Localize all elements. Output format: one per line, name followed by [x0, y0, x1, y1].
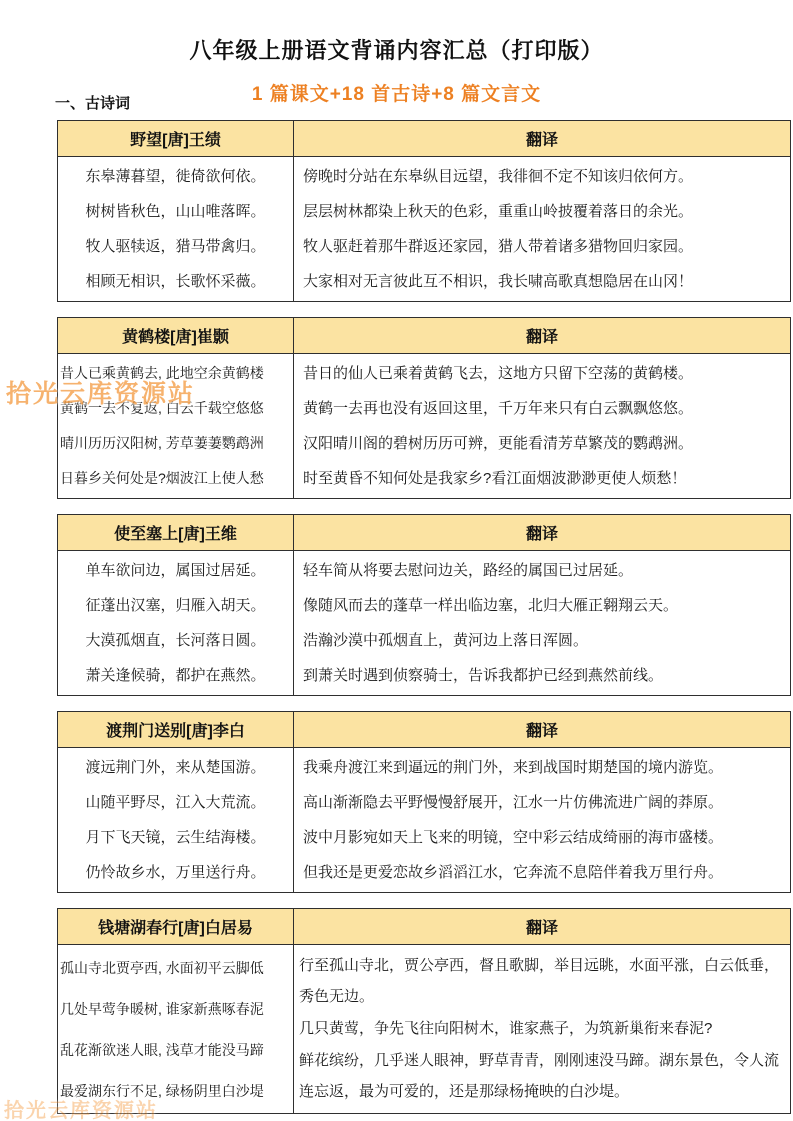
section-heading: 一、古诗词	[55, 92, 130, 113]
poem-line: 几处早莺争暖树, 谁家新燕啄春泥	[58, 989, 293, 1029]
translation-column: 行至孤山寺北，贾公亭西，督且歌脚，举目远眺，水面平涨，白云低垂，秀色无边。 几只…	[294, 945, 790, 1113]
translation-column: 我乘舟渡江来到逼远的荆门外，来到战国时期楚国的境内游览。 高山渐渐隐去平野慢慢舒…	[294, 748, 790, 892]
poem-table-qiantanghu: 钱塘湖春行[唐]白居易 翻译 孤山寺北贾亭西, 水面初平云脚低 几处早莺争暖树,…	[57, 908, 791, 1114]
poem-line: 渡远荆门外，来从楚国游。	[58, 750, 293, 785]
translation-paragraph: 鲜花缤纷，几乎迷人眼神，野草青青，刚刚速没马蹄。湖东景色，令人流连忘返，最为可爱…	[299, 1045, 782, 1107]
translation-line: 黄鹤一去再也没有返回这里，千万年来只有白云飘飘悠悠。	[294, 391, 790, 426]
poem-title-header: 野望[唐]王绩	[58, 121, 294, 156]
translation-line: 但我还是更爱恋故乡滔滔江水，它奔流不息陪伴着我万里行舟。	[294, 855, 790, 890]
poem-line: 单车欲问边，属国过居延。	[58, 553, 293, 588]
translation-header: 翻译	[294, 121, 790, 156]
poem-column: 东皋薄暮望，徙倚欲何依。 树树皆秋色，山山唯落晖。 牧人驱犊返，猎马带禽归。 相…	[58, 157, 294, 301]
poem-line: 征蓬出汉塞，归雁入胡天。	[58, 588, 293, 623]
document-page: 八年级上册语文背诵内容汇总（打印版） 1 篇课文+18 首古诗+8 篇文言文 一…	[0, 0, 793, 1121]
translation-line: 时至黄昏不知何处是我家乡?看江面烟波渺渺更使人烦愁！	[294, 461, 790, 496]
poem-table-yewang: 野望[唐]王绩 翻译 东皋薄暮望，徙倚欲何依。 树树皆秋色，山山唯落晖。 牧人驱…	[57, 120, 791, 302]
poem-title-header: 钱塘湖春行[唐]白居易	[58, 909, 294, 944]
table-body: 昔人已乘黄鹤去, 此地空余黄鹤楼 黄鹤一去不复返, 白云千载空悠悠 晴川历历汉阳…	[58, 354, 790, 498]
poem-line: 牧人驱犊返，猎马带禽归。	[58, 229, 293, 264]
translation-paragraph: 几只黄莺，争先飞往向阳树木，谁家燕子，为筑新巢衔来春泥?	[299, 1013, 782, 1044]
page-title: 八年级上册语文背诵内容汇总（打印版）	[0, 34, 793, 65]
translation-line: 轻车简从将要去慰问边关，路经的属国已过居延。	[294, 553, 790, 588]
table-body: 东皋薄暮望，徙倚欲何依。 树树皆秋色，山山唯落晖。 牧人驱犊返，猎马带禽归。 相…	[58, 157, 790, 301]
poem-line: 最爱湖东行不足, 绿杨阴里白沙堤	[58, 1071, 293, 1111]
translation-header: 翻译	[294, 712, 790, 747]
poem-column: 单车欲问边，属国过居延。 征蓬出汉塞，归雁入胡天。 大漠孤烟直，长河落日圆。 萧…	[58, 551, 294, 695]
translation-header: 翻译	[294, 318, 790, 353]
poem-column: 渡远荆门外，来从楚国游。 山随平野尽，江入大荒流。 月下飞天镜，云生结海楼。 仍…	[58, 748, 294, 892]
poem-line: 昔人已乘黄鹤去, 此地空余黄鹤楼	[58, 356, 293, 391]
table-header: 使至塞上[唐]王维 翻译	[58, 515, 790, 551]
table-header: 黄鹤楼[唐]崔颢 翻译	[58, 318, 790, 354]
tables-container: 野望[唐]王绩 翻译 东皋薄暮望，徙倚欲何依。 树树皆秋色，山山唯落晖。 牧人驱…	[57, 120, 791, 1114]
poem-table-shizhisaishang: 使至塞上[唐]王维 翻译 单车欲问边，属国过居延。 征蓬出汉塞，归雁入胡天。 大…	[57, 514, 791, 696]
poem-line: 相顾无相识，长歌怀采薇。	[58, 264, 293, 299]
poem-line: 萧关逢候骑，都护在燕然。	[58, 658, 293, 693]
translation-line: 傍晚时分站在东皋纵目远望，我徘徊不定不知该归依何方。	[294, 159, 790, 194]
translation-column: 轻车简从将要去慰问边关，路经的属国已过居延。 像随风而去的蓬草一样出临边塞，北归…	[294, 551, 790, 695]
poem-line: 仍怜故乡水，万里送行舟。	[58, 855, 293, 890]
translation-line: 大家相对无言彼此互不相识，我长啸高歌真想隐居在山冈！	[294, 264, 790, 299]
table-header: 钱塘湖春行[唐]白居易 翻译	[58, 909, 790, 945]
poem-line: 东皋薄暮望，徙倚欲何依。	[58, 159, 293, 194]
poem-line: 山随平野尽，江入大荒流。	[58, 785, 293, 820]
poem-title-header: 黄鹤楼[唐]崔颢	[58, 318, 294, 353]
poem-column: 昔人已乘黄鹤去, 此地空余黄鹤楼 黄鹤一去不复返, 白云千载空悠悠 晴川历历汉阳…	[58, 354, 294, 498]
translation-line: 到萧关时遇到侦察骑士，告诉我都护已经到燕然前线。	[294, 658, 790, 693]
translation-line: 波中月影宛如天上飞来的明镜，空中彩云结成绮丽的海市盛楼。	[294, 820, 790, 855]
translation-header: 翻译	[294, 909, 790, 944]
poem-title-header: 渡荆门送别[唐]李白	[58, 712, 294, 747]
translation-line: 高山渐渐隐去平野慢慢舒展开，江水一片仿佛流进广阔的莽原。	[294, 785, 790, 820]
poem-title-header: 使至塞上[唐]王维	[58, 515, 294, 550]
poem-column: 孤山寺北贾亭西, 水面初平云脚低 几处早莺争暖树, 谁家新燕啄春泥 乱花渐欲迷人…	[58, 945, 294, 1113]
poem-line: 树树皆秋色，山山唯落晖。	[58, 194, 293, 229]
translation-line: 牧人驱赶着那牛群返还家园，猎人带着诸多猎物回归家园。	[294, 229, 790, 264]
translation-header: 翻译	[294, 515, 790, 550]
poem-line: 大漠孤烟直，长河落日圆。	[58, 623, 293, 658]
poem-line: 孤山寺北贾亭西, 水面初平云脚低	[58, 948, 293, 988]
translation-line: 昔日的仙人已乘着黄鹤飞去，这地方只留下空荡的黄鹤楼。	[294, 356, 790, 391]
translation-line: 像随风而去的蓬草一样出临边塞，北归大雁正翱翔云天。	[294, 588, 790, 623]
subtitle-row: 1 篇课文+18 首古诗+8 篇文言文 一、古诗词	[0, 79, 793, 111]
poem-line: 日暮乡关何处是?烟波江上使人愁	[58, 461, 293, 496]
translation-column: 傍晚时分站在东皋纵目远望，我徘徊不定不知该归依何方。 层层树林都染上秋天的色彩，…	[294, 157, 790, 301]
table-body: 渡远荆门外，来从楚国游。 山随平野尽，江入大荒流。 月下飞天镜，云生结海楼。 仍…	[58, 748, 790, 892]
poem-line: 晴川历历汉阳树, 芳草萋萋鹦鹉洲	[58, 426, 293, 461]
poem-table-dujingmen: 渡荆门送别[唐]李白 翻译 渡远荆门外，来从楚国游。 山随平野尽，江入大荒流。 …	[57, 711, 791, 893]
table-body: 孤山寺北贾亭西, 水面初平云脚低 几处早莺争暖树, 谁家新燕啄春泥 乱花渐欲迷人…	[58, 945, 790, 1113]
table-header: 渡荆门送别[唐]李白 翻译	[58, 712, 790, 748]
poem-line: 月下飞天镜，云生结海楼。	[58, 820, 293, 855]
poem-line: 黄鹤一去不复返, 白云千载空悠悠	[58, 391, 293, 426]
table-body: 单车欲问边，属国过居延。 征蓬出汉塞，归雁入胡天。 大漠孤烟直，长河落日圆。 萧…	[58, 551, 790, 695]
translation-column: 昔日的仙人已乘着黄鹤飞去，这地方只留下空荡的黄鹤楼。 黄鹤一去再也没有返回这里，…	[294, 354, 790, 498]
translation-line: 浩瀚沙漠中孤烟直上，黄河边上落日浑圆。	[294, 623, 790, 658]
translation-line: 我乘舟渡江来到逼远的荆门外，来到战国时期楚国的境内游览。	[294, 750, 790, 785]
translation-line: 汉阳晴川阁的碧树历历可辨，更能看清芳草繁茂的鹦鹉洲。	[294, 426, 790, 461]
poem-table-huanghelou: 黄鹤楼[唐]崔颢 翻译 昔人已乘黄鹤去, 此地空余黄鹤楼 黄鹤一去不复返, 白云…	[57, 317, 791, 499]
translation-line: 层层树林都染上秋天的色彩，重重山岭披覆着落日的余光。	[294, 194, 790, 229]
table-header: 野望[唐]王绩 翻译	[58, 121, 790, 157]
poem-line: 乱花渐欲迷人眼, 浅草才能没马蹄	[58, 1030, 293, 1070]
translation-paragraph: 行至孤山寺北，贾公亭西，督且歌脚，举目远眺，水面平涨，白云低垂，秀色无边。	[299, 950, 782, 1012]
